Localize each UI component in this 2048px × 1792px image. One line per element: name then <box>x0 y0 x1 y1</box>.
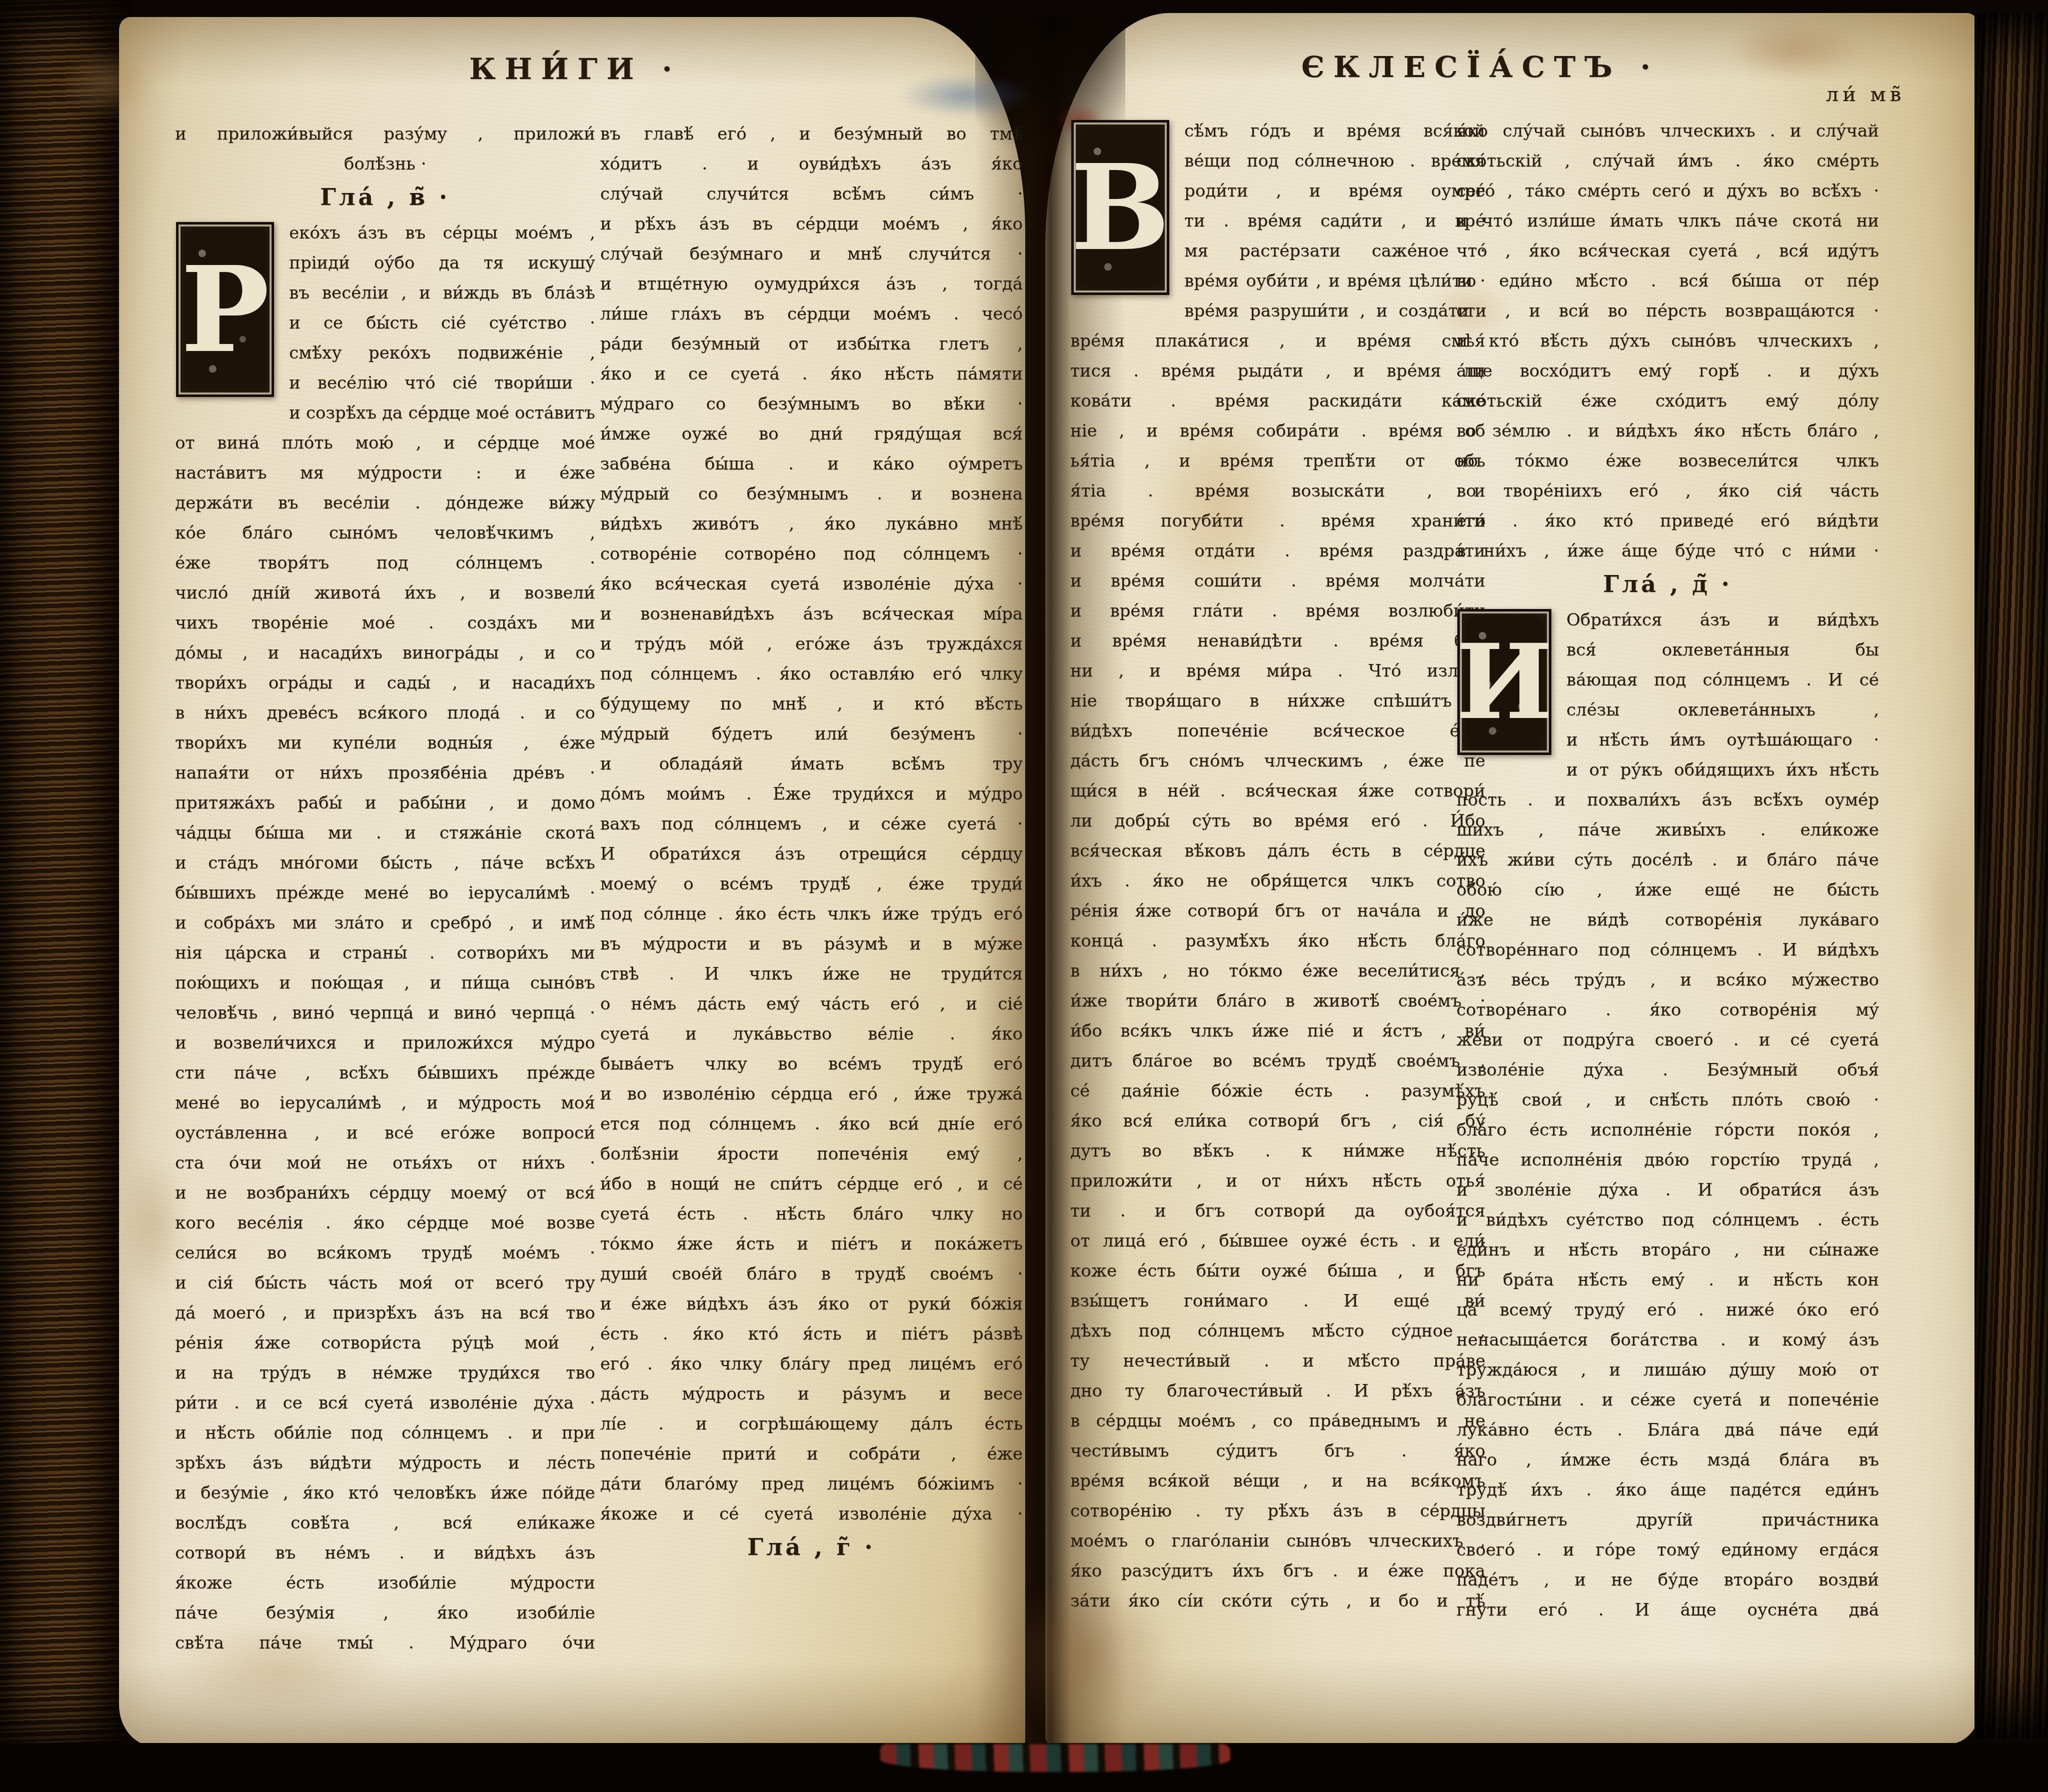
text-line: зрѣ́хъ а́зъ ви́дѣти му́дрость и ле́сть <box>175 1448 595 1478</box>
page-stack-edge-left <box>0 0 131 1792</box>
text-line: вся́ оклевета́нныя бы <box>1566 635 1879 665</box>
text-line: под со́лнцемъ . я́ко оставля́ю его́ члку <box>600 659 1023 689</box>
text-line: во еди́но мѣ́сто . вся́ бы́ша от пе́р <box>1456 266 1879 296</box>
text-line: и́же не ви́дѣ сотворе́нія лука́ваго <box>1456 905 1879 935</box>
text-line: пріиди́ оу́бо да тя искушу́ <box>289 248 595 278</box>
text-line: попече́ніе прити́ и собра́ти , е́же <box>600 1439 1023 1469</box>
text-line: а́ще восхо́дитъ ему́ горѣ́ . и ду́хъ <box>1456 356 1879 386</box>
text-line: ца́ всему́ труду́ его́ . ниже́ о́ко его́ <box>1456 1295 1879 1325</box>
text-line: я́ко разсу́дитъ и́хъ бгъ . и е́же пока <box>1070 1556 1485 1586</box>
text-line: и нѣ́сть оби́ліе под со́лнцемъ . и при <box>175 1418 595 1448</box>
text-line: и се бы́сть сіе́ суе́тство · <box>289 308 595 338</box>
text-line: вре́мя разруши́ти , и созда́ти · <box>1184 296 1485 326</box>
text-line: лі́е . и согрѣша́ющему да́лъ е́сть <box>600 1409 1023 1439</box>
text-line: я́тіа . вре́мя возыска́ти , и <box>1070 476 1485 506</box>
text-line: в ни́хъ , но то́кмо е́же весели́тися , <box>1070 956 1485 986</box>
text-line: паде́тъ , и не бу́де втора́го воздви́ <box>1456 1565 1879 1595</box>
text-line: ніе , и вре́мя собира́ти . вре́мя об <box>1070 416 1485 446</box>
text-line: сотвори́ въ не́мъ . и ви́дѣхъ а́зъ <box>175 1538 595 1568</box>
text-line: до́мъ мои́мъ . Е́же труди́хся и му́дро <box>600 779 1023 809</box>
text-line: бла́го е́сть исполне́ніе го́рсти поко́я … <box>1456 1115 1879 1145</box>
text-line: еко́хъ а́зъ въ се́рцы мое́мъ , <box>289 218 595 248</box>
text-line: я́коже е́сть изоби́ліе му́дрости <box>175 1568 595 1598</box>
chapter-heading: Гла́ , г̃ · <box>600 1529 1023 1568</box>
text-line: и что́ изли́ше и́мать члкъ па́че скота́ … <box>1456 206 1879 236</box>
text-line: сотворе́наго . я́ко сотворе́нія му́ <box>1456 995 1879 1025</box>
text-line: смѣ́ху реко́хъ подвиже́ніе , <box>289 338 595 368</box>
text-line: держа́ти въ весе́ліи . до́ндеже ви́жу <box>175 488 595 518</box>
text-line: ри́ти . и се вся́ суета́ изволе́ніе ду́х… <box>175 1388 595 1418</box>
text-line: въ главѣ́ его́ , и безу́мный во тмѣ́ <box>600 119 1023 149</box>
text-line: мене́ во іерусали́мѣ , и му́дрость моя́ <box>175 1088 595 1118</box>
text-line: сти па́че , всѣ́хъ бы́вшихъ пре́жде <box>175 1058 595 1088</box>
text-line: я́ко и се суета́ . я́ко нѣ́сть па́мяти <box>600 359 1023 389</box>
text-line: и от ру́къ оби́дящихъ и́хъ нѣ́сть кре́ <box>1566 755 1879 785</box>
text-line: му́дрый бу́детъ или́ безу́менъ · <box>600 719 1023 749</box>
text-line: ствѣ . И члкъ и́же не труди́тся <box>600 959 1023 989</box>
text-line: и́хъ . я́ко не обря́щется члкъ сотво <box>1070 866 1485 896</box>
text-line: пою́щихъ и пою́щая , и пи́ща сыно́въ <box>175 968 595 998</box>
text-line: слу́чай случи́тся всѣ́мъ си́мъ · <box>600 179 1023 209</box>
drop-cap-И: И <box>1457 609 1551 755</box>
text-line: ется под со́лнцемъ . я́ко вси́ дні́е его… <box>600 1109 1023 1139</box>
text-line: ско́тьскій , слу́чай и́мъ . я́ко сме́рть <box>1456 146 1879 176</box>
text-line: и безу́міе , я́ко кто́ человѣ́къ и́же по… <box>175 1478 595 1508</box>
text-line: что́ , я́ко вся́ческая суета́ , вся́ иду… <box>1456 236 1879 266</box>
text-line: сели́ся во вся́комъ трудѣ́ мое́мъ · <box>175 1238 595 1268</box>
text-line: благосты́ни . и се́же суета́ и попече́ні… <box>1456 1385 1879 1415</box>
text-line: ли добры́ су́ть во вре́мя его́ . И́бо <box>1070 806 1485 836</box>
text-line: и втще́тную оумудри́хся а́зъ , тогда́ <box>600 269 1023 299</box>
text-line: и возненави́дѣхъ а́зъ вся́ческая мі́ра <box>600 599 1023 629</box>
text-line: во зе́млю . и ви́дѣхъ я́ко нѣ́сть бла́го… <box>1456 416 1879 446</box>
text-line: взы́щетъ гони́маго . И еще́ ви́ <box>1070 1286 1485 1316</box>
text-line: ту нечести́вый . и мѣ́сто пра́ве <box>1070 1346 1485 1376</box>
text-line: въ весе́ліи , и ви́ждь въ бла́зѣ <box>289 278 595 308</box>
text-line: забве́на бы́ша . и ка́ко оу́мретъ <box>600 449 1023 479</box>
text-column-left-1: и приложи́выйся разу́му , приложи́болѣ́з… <box>175 119 595 1658</box>
text-line: вре́мя плака́тися , и вре́мя смѣя́ <box>1070 326 1485 356</box>
text-line: и вре́мя ненави́дѣти . вре́мя бра́ <box>1070 626 1485 656</box>
text-line: пость . и похвали́хъ а́зъ всѣ́хъ оуме́р <box>1456 785 1879 815</box>
text-line: трудѣ́ и́хъ . я́ко а́ще паде́тся еди́нъ <box>1456 1475 1879 1505</box>
text-line: от вина́ пло́ть мою́ , и се́рдце мое́ <box>175 428 595 458</box>
text-line-centered: болѣ́знь · <box>175 149 595 179</box>
text-line: кого весе́лія . я́ко се́рдце мое́ возве <box>175 1208 595 1238</box>
text-line: вре́мя вся́кой ве́щи , и на вся́комъ <box>1070 1466 1485 1496</box>
text-line: ни , и вре́мя ми́ра . Что́ изли́ш <box>1070 656 1485 686</box>
text-line: жеви от подру́га своего́ . и се́ суета́ <box>1456 1025 1879 1055</box>
text-line: ре́нія я́же сотвори́ бгъ от нача́ла и до <box>1070 896 1485 926</box>
text-line: и собра́хъ ми зла́то и сребро́ , и имѣ́ <box>175 908 595 938</box>
text-line: е́сть . я́ко кто́ я́сть и піе́тъ ра́звѣ <box>600 1319 1023 1349</box>
text-line: лука́вно е́сть . Бла́га два́ па́че еди́ <box>1456 1415 1879 1445</box>
text-line: и вре́мя отда́ти . вре́мя раздра́ти <box>1070 536 1485 566</box>
text-line: притяжа́хъ рабы́ и рабы́ни , и домо <box>175 788 595 818</box>
text-line: ніе творя́щаго в ни́хже спѣши́тъ · <box>1070 686 1485 716</box>
text-line: ненасыща́ется бога́тства . и кому́ а́зъ <box>1456 1325 1879 1355</box>
text-line: болѣ́зніи я́рости попече́нія ему́ , <box>600 1139 1023 1169</box>
text-line: и на тру́дъ в не́мже труди́хся тво <box>175 1358 595 1388</box>
text-line: число́ дні́й живота́ и́хъ , и возвели́ <box>175 578 595 608</box>
text-line: и ста́дъ мно́гоми бы́сть , па́че всѣ́хъ <box>175 848 595 878</box>
text-line: ра́ди безу́мный от избы́тка глетъ , <box>600 329 1023 359</box>
text-line: и облада́яй и́мать всѣ́мъ тру <box>600 749 1023 779</box>
drop-cap-letter: Р <box>181 250 269 368</box>
text-line: оуста́вленна , и все́ его́же вопроси́ <box>175 1118 595 1148</box>
text-line: му́драго со безу́мнымъ во вѣ́ки · <box>600 389 1023 419</box>
text-line: то́кмо я́же я́сть и піе́тъ и пока́жетъ <box>600 1229 1023 1259</box>
text-line: его́ . я́ко кто́ приведе́ его́ ви́дѣти <box>1456 506 1879 536</box>
text-line: мя расте́рзати саже́ное · <box>1184 236 1485 266</box>
text-line: человѣ́чь , вино́ черпца́ и вино́ черпца… <box>175 998 595 1028</box>
text-line: воздви́гнетъ другі́й прича́стника <box>1456 1505 1879 1535</box>
text-line: и возвели́чихся и приложи́хся му́дро <box>175 1028 595 1058</box>
drop-cap-В: В <box>1071 120 1169 295</box>
text-line: и весе́лію что́ сіе́ твори́ши · <box>289 368 595 398</box>
text-line: дно ту благочести́вый . И рѣ́хъ а́зъ <box>1070 1376 1485 1406</box>
text-line: и кто́ вѣ́сть ду́хъ сыно́въ члческихъ , <box>1456 326 1879 356</box>
text-line: я́ко слу́чай сыно́въ члческихъ . и слу́ч… <box>1456 116 1879 146</box>
text-line: твори́хъ ми купе́ли водны́я , е́же <box>175 728 595 758</box>
text-line: ста о́чи мои́ не отья́хъ от ни́хъ · <box>175 1148 595 1178</box>
text-line: да́сть му́дрость и ра́зумъ и весе <box>600 1379 1023 1409</box>
text-line: да́ти благо́му пред лице́мъ бо́жіимъ · <box>600 1469 1023 1499</box>
text-line: сле́зы оклевета́нныхъ , <box>1566 695 1879 725</box>
text-line: я́ко вся́ческая суета́ изволе́ніе ду́ха … <box>600 569 1023 599</box>
text-line: во творе́ніихъ его́ , я́ко сія́ ча́сть <box>1456 476 1879 506</box>
text-line: руцѣ́ свои́ , и снѣ́сть пло́ть свою́ · <box>1456 1085 1879 1115</box>
folio-mark: ли́ мв̃ <box>1790 83 1940 106</box>
text-line: тружда́юся , и лиша́ю ду́шу мою́ от <box>1456 1355 1879 1385</box>
text-line: шихъ , па́че живы́хъ . ели́коже <box>1456 815 1879 845</box>
text-line: роди́ти , и вре́мя оумре́ <box>1184 176 1485 206</box>
text-line: и созрѣ́хъ да се́рдце мое́ оста́витъ <box>289 398 595 428</box>
text-line: твори́хъ огра́ды и сады́ , и насади́хъ <box>175 668 595 698</box>
text-line: ре́нія я́же сотвори́ста ру́цѣ мои́ , <box>175 1328 595 1358</box>
text-line: вре́мя погуби́ти . вре́мя храни́ти <box>1070 506 1485 536</box>
open-book-photo: КНИ́ГИ · ЄКЛЕСЇА́СТЪ · ли́ мв̃ и приложи… <box>0 0 2048 1792</box>
running-head-right: ЄКЛЕСЇА́СТЪ · <box>1070 50 1890 84</box>
text-line: ва́ющая под со́лнцемъ . И се́ <box>1566 665 1879 695</box>
text-line: изволе́ніе ду́ха . Безу́мный объя́ <box>1456 1055 1879 1085</box>
text-line: сѣ́мъ го́дъ и вре́мя вся́кой <box>1184 116 1485 146</box>
text-line: души́ свое́й бла́го в трудѣ́ свое́мъ · <box>600 1259 1023 1289</box>
text-line: и́же твори́ти бла́го в животѣ́ свое́мъ · <box>1070 986 1485 1016</box>
text-line: ско́тьскій е́же схо́дитъ ему́ до́лу <box>1456 386 1879 416</box>
text-line: Обрати́хся а́зъ и ви́дѣхъ <box>1566 605 1879 635</box>
text-line: дитъ бла́гое во все́мъ трудѣ́ свое́мъ , <box>1070 1046 1485 1076</box>
drop-cap-letter: В <box>1070 148 1170 266</box>
text-line: вахъ под со́лнцемъ , и се́же суета́ · <box>600 809 1023 839</box>
text-line: вре́мя оуби́ти , и вре́мя цѣли́ти · <box>1184 266 1485 296</box>
text-line: сотворе́ніе сотворе́но под со́лнцемъ · <box>600 539 1023 569</box>
running-head-left: КНИ́ГИ · <box>150 52 1000 86</box>
text-line: сти , и вси́ во пе́рсть возвраща́ются · <box>1456 296 1879 326</box>
text-line: ви́дѣхъ попече́ніе вся́ческое е́же <box>1070 716 1485 746</box>
text-line: ти . вре́мя сади́ти , и вре́ <box>1184 206 1485 236</box>
text-column-right-1: Всѣ́мъ го́дъ и вре́мя вся́койве́щи под с… <box>1070 116 1485 1616</box>
text-line: и рѣ́хъ а́зъ въ се́рдци мое́мъ , я́ко <box>600 209 1023 239</box>
text-line: и тру́дъ мо́й , его́же а́зъ тружда́хся <box>600 629 1023 659</box>
text-line: бы́вшихъ пре́жде мене́ во іерусали́мѣ · <box>175 878 595 908</box>
text-line: сего́ , та́ко сме́рть сего́ и ду́хъ во в… <box>1456 176 1879 206</box>
text-line: гнути его́ . И а́ще оусне́та два́ <box>1456 1595 1879 1625</box>
text-column-left-2: въ главѣ́ его́ , и безу́мный во тмѣ́хо́д… <box>600 119 1023 1568</box>
text-line: моему́ о все́мъ трудѣ́ , е́же труди́ <box>600 869 1023 899</box>
text-line: чихъ творе́ніе мое́ . созда́хъ ми <box>175 608 595 638</box>
text-line: до́мы , и насади́хъ виногра́ды , и со <box>175 638 595 668</box>
text-line: му́дрый со безу́мнымъ . и вознена <box>600 479 1023 509</box>
text-line: напая́ти от ни́хъ прозябе́ніа дре́въ · <box>175 758 595 788</box>
text-line: кова́ти . вре́мя раскида́ти ка́ме <box>1070 386 1485 416</box>
text-line: и зволе́ніе ду́ха . И обрати́ся а́зъ <box>1456 1175 1879 1205</box>
text-line: въ му́дрости и въ ра́зумѣ и в му́же <box>600 929 1023 959</box>
text-line: приложи́ти , и от ни́хъ нѣ́сть отья́ <box>1070 1166 1485 1196</box>
text-line: еди́нъ и нѣ́сть втора́го , ни сы́наже <box>1456 1235 1879 1265</box>
text-line: я́ко вся́ ели́ка сотвори́ бгъ , сія́ бу́ <box>1070 1106 1485 1136</box>
text-line: щи́ся в не́й . вся́ческая я́же сотвори́ <box>1070 776 1485 806</box>
text-line: ви́дѣхъ живо́тъ , я́ко лука́вно мнѣ́ <box>600 509 1023 539</box>
text-line: и е́же ви́дѣхъ а́зъ я́ко от руки́ бо́жія <box>600 1289 1023 1319</box>
text-line: быва́етъ члку во все́мъ трудѣ́ его́ <box>600 1049 1023 1079</box>
text-line: чести́вымъ су́дитъ бгъ . я́ко <box>1070 1436 1485 1466</box>
text-line: и́бо вся́къ члкъ и́же піе́ и я́стъ , ви́ <box>1070 1016 1485 1046</box>
text-line: свѣ́та па́че тмы́ . Му́драго о́чи <box>175 1628 595 1658</box>
drop-cap-Р: Р <box>176 222 274 397</box>
text-line: ни бра́та нѣ́сть ему́ . и нѣ́сть кон <box>1456 1265 1879 1295</box>
text-line: наго , и́мже е́сть мзда́ бла́га въ <box>1456 1445 1879 1475</box>
text-line: да́сть бгъ сно́мъ члческимъ , е́же пе <box>1070 746 1485 776</box>
text-line: своего́ . и го́ре тому́ еди́ному егда́ся <box>1456 1535 1879 1565</box>
text-line: ья́тіа , и вре́мя трепѣ́ти от объ <box>1070 446 1485 476</box>
text-line: и не возбрани́хъ се́рдцу моему́ от вся́ <box>175 1178 595 1208</box>
text-line: и́мже оуже́ во дни́ гряду́щая вся́ <box>600 419 1023 449</box>
text-line: и́бо в нощи́ не спи́тъ се́рдце его́ , и … <box>600 1169 1023 1199</box>
text-line: вослѣ́дъ совѣ́та , вся́ ели́каже <box>175 1508 595 1538</box>
chapter-heading: Гла́ , в̃ · <box>175 179 595 218</box>
text-line: И обрати́хся а́зъ отрещи́ся се́рдцу <box>600 839 1023 869</box>
text-line: ве́щи под со́лнечною . вре́мя <box>1184 146 1485 176</box>
page-stack-edge-right <box>1974 13 2048 1739</box>
text-line: суета́ е́сть . нѣ́сть бла́го члку но <box>600 1199 1023 1229</box>
text-line: тися . вре́мя рыда́ти , и вре́мя ли <box>1070 356 1485 386</box>
text-line: бу́дущему по мнѣ́ , и кто́ вѣ́сть <box>600 689 1023 719</box>
text-line: но то́кмо е́же возвесели́тся члкъ <box>1456 446 1879 476</box>
text-line: да́ моего́ , и призрѣ́хъ а́зъ на вся́ тв… <box>175 1298 595 1328</box>
text-line: наста́витъ мя му́дрости : и е́же <box>175 458 595 488</box>
text-line: под со́лнце . я́ко е́сть члкъ и́же тру́д… <box>600 899 1023 929</box>
text-line: сотворе́ннаго под со́лнцемъ . И ви́дѣхъ <box>1456 935 1879 965</box>
drop-cap-letter: И <box>1456 630 1553 733</box>
text-line: е́же творя́тъ под со́лнцемъ · <box>175 548 595 578</box>
text-line: я́коже и се́ суета́ изволе́ніе ду́ха · <box>600 1499 1023 1529</box>
text-line: па́че безу́мія , я́ко изоби́ліе <box>175 1598 595 1628</box>
text-line: конца́ . разумѣ́хъ я́ко нѣ́сть бла́го <box>1070 926 1485 956</box>
text-line: мое́мъ о глаго́ланіи сыно́въ члческихъ , <box>1070 1526 1485 1556</box>
text-line: и ви́дѣхъ суе́тство под со́лнцемъ . е́ст… <box>1456 1205 1879 1235</box>
text-line: слу́чай безу́мнаго и мнѣ́ случи́тся · <box>600 239 1023 269</box>
text-line: вся́ческая вѣ́ковъ да́лъ е́сть в се́рдце <box>1070 836 1485 866</box>
chapter-heading: Гла́ , д̃ · <box>1456 566 1879 605</box>
text-line: ти . и бгъ сотвори́ да оубоя́тся <box>1070 1196 1485 1226</box>
text-column-right-2: я́ко слу́чай сыно́въ члческихъ . и слу́ч… <box>1456 116 1879 1625</box>
text-line: ча́дцы бы́ша ми . и стяжа́ніе скота́ <box>175 818 595 848</box>
text-line: в се́рдцы мое́мъ , со пра́веднымъ и не <box>1070 1406 1485 1436</box>
text-line: суета́ и лука́вьство ве́ліе . я́ко <box>600 1019 1023 1049</box>
text-line: дутъ во вѣ́къ . к ни́мже нѣ́сть <box>1070 1136 1485 1166</box>
text-line: и́хъ жи́ви су́ть досе́лѣ . и бла́го па́ч… <box>1456 845 1879 875</box>
text-line: нія ца́рска и страны́ . сотвори́хъ ми <box>175 938 595 968</box>
text-line: от лица́ его́ , бы́вшее оуже́ е́сть . и … <box>1070 1226 1485 1256</box>
text-line: ко́е бла́го сыно́мъ человѣ́чкимъ , <box>175 518 595 548</box>
text-line: за́ти я́ко сі́и ско́ти су́ть , и бо и тѣ… <box>1070 1586 1485 1616</box>
text-line: ли́ше гла́хъ въ се́рдци мое́мъ . чесо́ <box>600 299 1023 329</box>
text-line: о не́мъ да́сть ему́ ча́сть его́ , и сіе́ <box>600 989 1023 1019</box>
text-line: в ни́хъ , и́же а́ще бу́де что́ с ни́ми · <box>1456 536 1879 566</box>
text-line: и сія́ бы́сть ча́сть моя́ от всего́ тру <box>175 1268 595 1298</box>
text-line: в ни́хъ древе́съ вся́кого плода́ . и со <box>175 698 595 728</box>
text-line: па́че исполне́нія дво́ю горсті́ю труда́ … <box>1456 1145 1879 1175</box>
text-line: хо́дитъ . и оуви́дѣхъ а́зъ я́ко <box>600 149 1023 179</box>
text-line: сотворе́нію . ту рѣ́хъ а́зъ в се́рдцы <box>1070 1496 1485 1526</box>
text-line: се́ дая́ніе бо́жіе е́сть . разумѣ́хъ <box>1070 1076 1485 1106</box>
text-line: коже е́сть бы́ти оуже́ бы́ша , и бгъ <box>1070 1256 1485 1286</box>
text-line: и во изволе́нію се́рдца его́ , и́же труж… <box>600 1079 1023 1109</box>
text-line: и вре́мя соши́ти . вре́мя молча́ти <box>1070 566 1485 596</box>
sewn-endband <box>880 1744 1230 1772</box>
text-line: обою́ сі́ю , и́же еще́ не бы́сть <box>1456 875 1879 905</box>
text-line: и вре́мя гла́ти . вре́мя возлюби́ти <box>1070 596 1485 626</box>
text-line: и приложи́выйся разу́му , приложи́ <box>175 119 595 149</box>
text-line: а́зъ ве́сь тру́дъ , и вся́ко му́жество <box>1456 965 1879 995</box>
text-line: его́ . я́ко члку бла́гу пред лице́мъ его… <box>600 1349 1023 1379</box>
text-line: и нѣ́сть и́мъ оутѣша́ющаго · <box>1566 725 1879 755</box>
text-line: дѣхъ под со́лнцемъ мѣ́сто су́дное , <box>1070 1316 1485 1346</box>
